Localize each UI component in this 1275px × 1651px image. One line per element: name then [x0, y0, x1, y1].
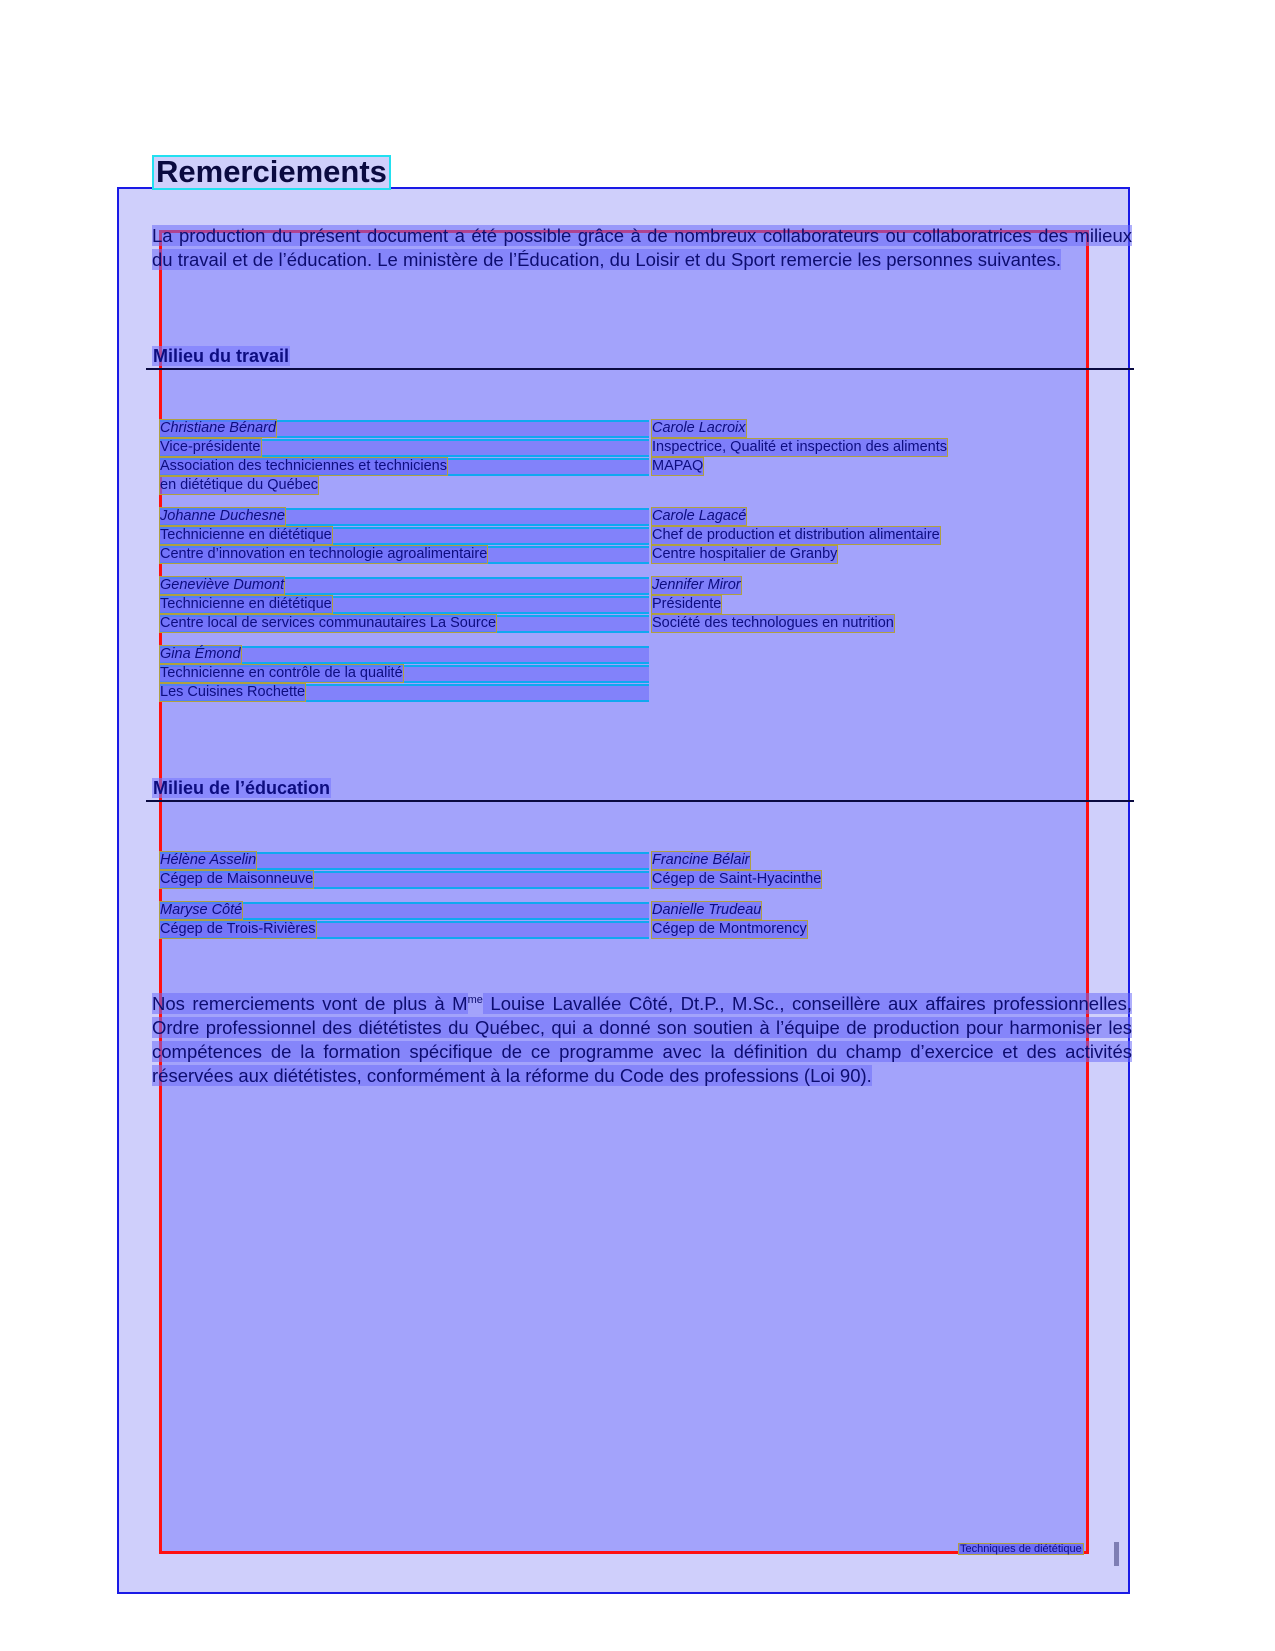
contact-name: Jennifer Miror	[651, 576, 742, 595]
contact-detail: Centre hospitalier de Granby	[651, 545, 838, 564]
footer-program-name: Techniques de diététique	[958, 1543, 1084, 1555]
contact-name: Danielle Trudeau	[651, 901, 762, 920]
closing-paragraph: Nos remerciements vont de plus à Mme Lou…	[152, 988, 1132, 1088]
contact-name: Christiane Bénard	[159, 419, 277, 438]
contact-detail: Vice-présidente	[159, 438, 262, 457]
contact-detail: Chef de production et distribution alime…	[651, 526, 941, 545]
contact-name: Francine Bélair	[651, 851, 751, 870]
contact-detail: Présidente	[651, 595, 722, 614]
contact-card: Gina ÉmondTechnicienne en contrôle de la…	[159, 645, 404, 702]
contact-card: Carole LagacéChef de production et distr…	[651, 507, 941, 564]
contact-detail: Les Cuisines Rochette	[159, 683, 306, 702]
contact-card: Danielle TrudeauCégep de Montmorency	[651, 901, 808, 939]
section-divider	[146, 368, 1134, 370]
contact-detail: en diététique du Québec	[159, 476, 319, 495]
footer-page-marker	[1114, 1542, 1119, 1566]
section-divider	[146, 800, 1134, 802]
contact-detail: Technicienne en contrôle de la qualité	[159, 664, 404, 683]
contact-card: Jennifer MirorPrésidenteSociété des tech…	[651, 576, 895, 633]
contact-detail: Société des technologues en nutrition	[651, 614, 895, 633]
contact-card: Johanne DuchesneTechnicienne en diététiq…	[159, 507, 488, 564]
contact-card: Francine BélairCégep de Saint-Hyacinthe	[651, 851, 822, 889]
contact-detail: Inspectrice, Qualité et inspection des a…	[651, 438, 948, 457]
contact-name: Carole Lacroix	[651, 419, 747, 438]
contact-name: Johanne Duchesne	[159, 507, 286, 526]
contact-name: Hélène Asselin	[159, 851, 257, 870]
contact-detail: Cégep de Montmorency	[651, 920, 808, 939]
contact-detail: Technicienne en diététique	[159, 595, 333, 614]
contact-detail: Cégep de Trois-Rivières	[159, 920, 317, 939]
contact-card: Christiane BénardVice-présidenteAssociat…	[159, 419, 448, 495]
intro-paragraph: La production du présent document a été …	[152, 224, 1132, 272]
contact-detail: Centre d’innovation en technologie agroa…	[159, 545, 488, 564]
contact-detail: Association des techniciennes et technic…	[159, 457, 448, 476]
contact-card: Maryse CôtéCégep de Trois-Rivières	[159, 901, 317, 939]
contact-name: Gina Émond	[159, 645, 242, 664]
contact-card: Geneviève DumontTechnicienne en diététiq…	[159, 576, 497, 633]
contact-detail: Cégep de Saint-Hyacinthe	[651, 870, 822, 889]
contact-detail: MAPAQ	[651, 457, 704, 476]
contact-name: Geneviève Dumont	[159, 576, 285, 595]
contact-detail: Cégep de Maisonneuve	[159, 870, 314, 889]
contact-detail: Centre local de services communautaires …	[159, 614, 497, 633]
closing-text-start: Nos remerciements vont de plus à M	[152, 993, 468, 1014]
closing-sup: me	[468, 994, 483, 1006]
section-heading-work: Milieu du travail	[152, 346, 290, 366]
section-heading-education: Milieu de l’éducation	[152, 778, 331, 798]
page-title: Remerciements	[152, 155, 391, 190]
contact-name: Maryse Côté	[159, 901, 243, 920]
intro-text: La production du présent document a été …	[152, 225, 1132, 270]
contact-card: Carole LacroixInspectrice, Qualité et in…	[651, 419, 948, 476]
contact-card: Hélène AsselinCégep de Maisonneuve	[159, 851, 314, 889]
contact-detail: Technicienne en diététique	[159, 526, 333, 545]
contact-name: Carole Lagacé	[651, 507, 747, 526]
